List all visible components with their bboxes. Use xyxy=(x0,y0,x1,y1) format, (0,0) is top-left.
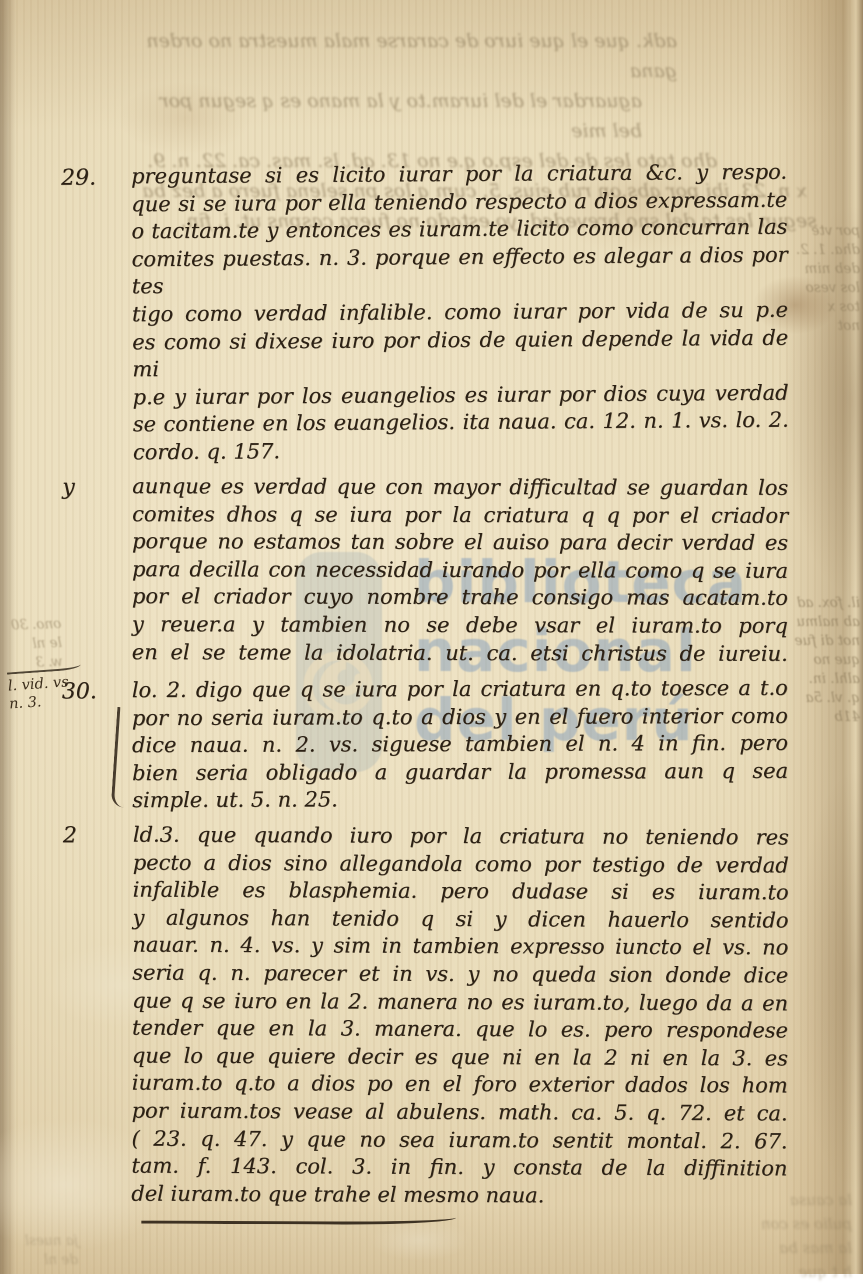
manuscript-line: o tacitam.te y entonces es iuram.te lici… xyxy=(131,214,787,246)
manuscript-line-text: del iuram.to que trahe el mesmo naua. xyxy=(131,1181,544,1207)
manuscript-line: dice naua. n. 2. vs. siguese tambien el … xyxy=(132,730,788,760)
manuscript-line: por el criador cuyo nombre trahe consigo… xyxy=(132,583,788,612)
page-edge-right xyxy=(778,0,863,1274)
manuscript-line: pecto a dios sino allegandola como por t… xyxy=(133,849,789,879)
manuscript-line: aunque es verdad que con mayor difficult… xyxy=(132,473,788,502)
manuscript-line: infalible es blasphemia. pero dudase si … xyxy=(133,876,789,906)
manuscript-line: comites dhos q se iura por la criatura q… xyxy=(132,500,788,529)
manuscript-line-last: del iuram.to que trahe el mesmo naua. xyxy=(131,1180,787,1238)
manuscript-line: cordo. q. 157. xyxy=(133,435,789,467)
manuscript-text-block: 29. preguntase si es licito iurar por la… xyxy=(132,161,788,1246)
paragraph-ld3: 2 ld.3. que quando iuro por la criatura … xyxy=(131,821,789,1238)
manuscript-line: tam. f. 143. col. 3. in fin. y consta de… xyxy=(131,1152,787,1182)
manuscript-page: biblioteca nacional del perú adk. que el… xyxy=(0,0,863,1274)
paragraph-number: 29. xyxy=(61,165,96,193)
page-edge-left xyxy=(0,0,16,1274)
manuscript-line: porque no estamos tan sobre el auiso par… xyxy=(132,528,788,557)
manuscript-line: se contiene en los euangelios. ita naua.… xyxy=(133,407,789,439)
manuscript-line: para decilla con necessidad iurando por … xyxy=(132,555,788,584)
manuscript-line: tigo como verdad infalible. como iurar p… xyxy=(132,297,788,329)
manuscript-line: preguntase si es licito iurar por la cri… xyxy=(131,159,787,191)
manuscript-line: nauar. n. 4. vs. y sim in tambien expres… xyxy=(132,932,788,962)
manuscript-line: comites puestas. n. 3. porque en effecto… xyxy=(132,241,788,301)
paragraph-30: 30. lo. 2. digo que q se iura por la cri… xyxy=(132,675,788,815)
manuscript-line: ld.3. que quando iuro por la criatura no… xyxy=(133,821,789,851)
flourish-line xyxy=(141,1209,456,1225)
manuscript-line: es como si dixese iuro por dios de quien… xyxy=(132,324,788,384)
manuscript-line: lo. 2. digo que q se iura por la criatur… xyxy=(132,675,788,705)
page-edge-top xyxy=(0,0,863,130)
paragraph-29: 29. preguntase si es licito iurar por la… xyxy=(131,159,789,467)
manuscript-line: en el se teme la idolatria. ut. ca. etsi… xyxy=(132,638,788,667)
manuscript-line: por no seria iuram.to q.to a dios y en e… xyxy=(132,702,788,732)
paragraph-y: y aunque es verdad que con mayor difficu… xyxy=(132,473,789,668)
manuscript-line: y algunos han tenido q si y dicen hauerl… xyxy=(132,904,788,934)
manuscript-line: bien seria obligado a guardar la promess… xyxy=(132,757,788,787)
manuscript-line: que q se iuro en la 2. manera no es iura… xyxy=(132,987,788,1017)
manuscript-line: tender que en la 3. manera. que lo es. p… xyxy=(132,1014,788,1044)
paragraph-marker: y xyxy=(62,473,75,501)
manuscript-line: simple. ut. 5. n. 25. xyxy=(132,785,788,815)
margin-bracket xyxy=(111,707,131,808)
margin-note-line: n. 3. xyxy=(9,690,84,713)
manuscript-line: y reuer.a y tambien no se debe vsar el i… xyxy=(132,611,788,640)
manuscript-line: que lo que quiere decir es que ni en la … xyxy=(132,1042,788,1072)
paragraph-marker: 2 xyxy=(63,822,77,850)
manuscript-line: iuram.to q.to a dios po en el foro exter… xyxy=(132,1070,788,1100)
manuscript-line: por iuram.tos vease al abulens. math. ca… xyxy=(132,1097,788,1127)
margin-note: l. vid. vs n. 3. xyxy=(6,659,83,713)
manuscript-line: ( 23. q. 47. y que no sea iuram.to senti… xyxy=(131,1125,787,1155)
manuscript-line: seria q. n. parecer et in vs. y no queda… xyxy=(132,959,788,989)
